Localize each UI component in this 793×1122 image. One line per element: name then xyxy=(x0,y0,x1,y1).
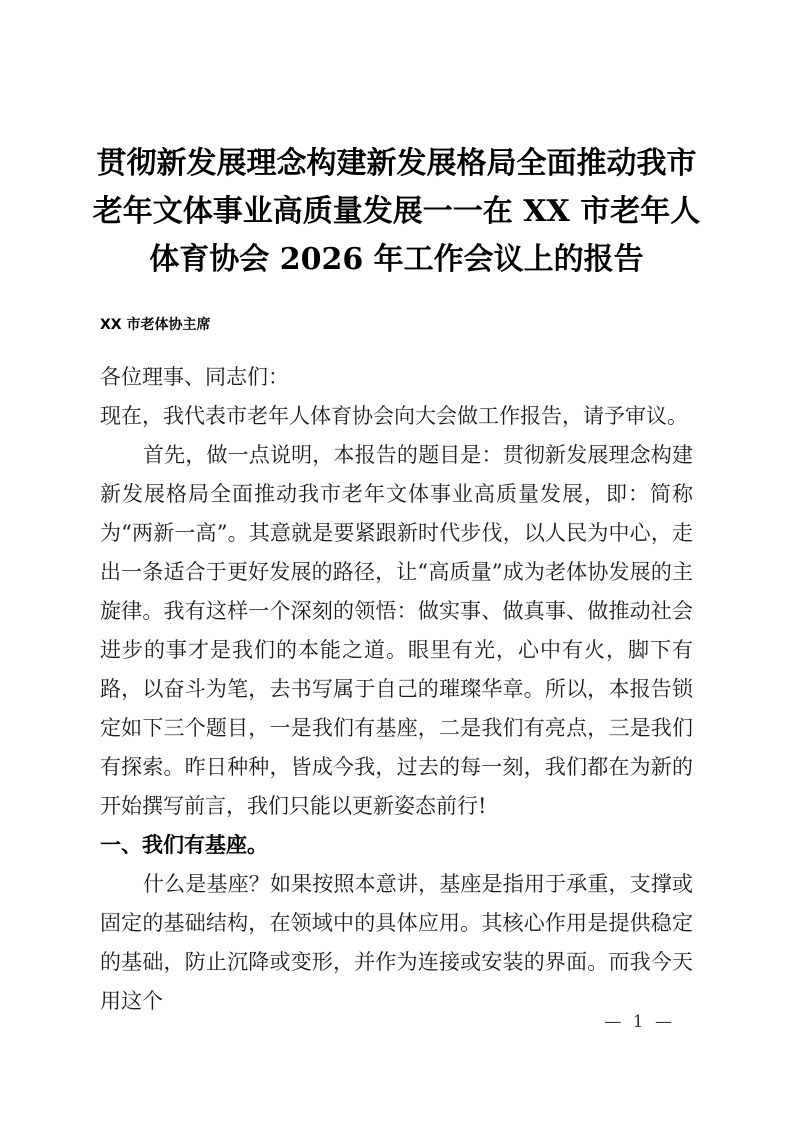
paragraph-explanation: 首先，做一点说明，本报告的题目是：贯彻新发展理念构建新发展格局全面推动我市老年文… xyxy=(100,436,693,826)
title-line-3: 体育协会 2026 年工作会议上的报告 xyxy=(92,236,701,284)
paragraph-section1: 什么是基座？如果按照本意讲，基座是指用于承重，支撑或固定的基础结构，在领域中的具… xyxy=(100,865,693,1021)
document-title: 贯彻新发展理念构建新发展格局全面推动我市 老年文体事业高质量发展一一在 XX 市… xyxy=(92,140,701,284)
document-body: 各位理事、同志们： 现在，我代表市老年人体育协会向大会做工作报告，请予审议。 首… xyxy=(100,358,693,1021)
byline-author: XX 市老体协主席 xyxy=(100,315,693,335)
section-heading-1: 一、我们有基座。 xyxy=(100,826,693,865)
title-line-2: 老年文体事业高质量发展一一在 XX 市老年人 xyxy=(92,188,701,236)
title-line-1: 贯彻新发展理念构建新发展格局全面推动我市 xyxy=(92,140,701,188)
page-number: — 1 — xyxy=(604,1012,675,1032)
document-page: 贯彻新发展理念构建新发展格局全面推动我市 老年文体事业高质量发展一一在 XX 市… xyxy=(0,0,793,1122)
salutation: 各位理事、同志们： xyxy=(100,358,693,397)
paragraph-intro: 现在，我代表市老年人体育协会向大会做工作报告，请予审议。 xyxy=(100,397,693,436)
